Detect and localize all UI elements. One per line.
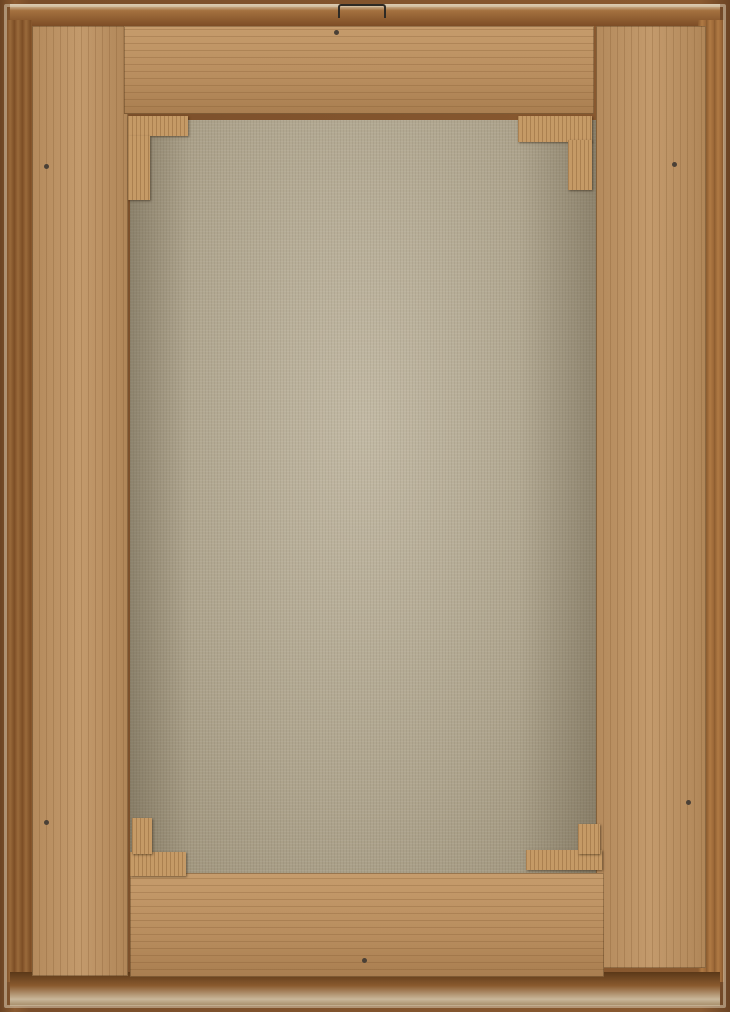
canvas-shadow-right	[520, 120, 600, 880]
stretcher-bar-bottom	[130, 873, 604, 977]
corner-key-top-right	[518, 116, 592, 142]
corner-key-top-left	[128, 116, 188, 136]
corner-key-bottom-right-vertical	[578, 824, 600, 854]
nail-icon	[362, 958, 367, 963]
nail-icon	[672, 162, 677, 167]
nail-icon	[334, 30, 339, 35]
hanging-wire-icon	[338, 4, 386, 18]
stretcher-bar-top	[124, 26, 594, 114]
corner-key-top-right-vertical	[568, 140, 592, 190]
nail-icon	[44, 164, 49, 169]
corner-key-bottom-left-vertical	[132, 818, 152, 854]
corner-key-bottom-left	[130, 852, 186, 876]
nail-icon	[44, 820, 49, 825]
canvas-shadow-left	[130, 120, 190, 880]
nail-icon	[686, 800, 691, 805]
corner-key-top-left-vertical	[128, 136, 150, 200]
stretcher-bar-right	[596, 26, 706, 968]
